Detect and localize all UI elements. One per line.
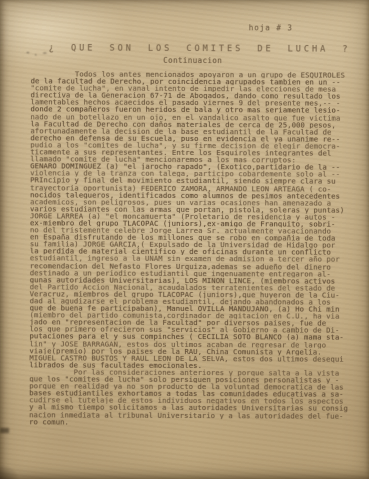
scanned-page: hoja # 3 ¿ QUE SON LOS COMITES DE LUCHA … bbox=[0, 0, 369, 479]
document-subtitle: Continuacion bbox=[31, 56, 355, 65]
typewritten-content: hoja # 3 ¿ QUE SON LOS COMITES DE LUCHA … bbox=[29, 23, 355, 426]
typewritten-line: ro comun. bbox=[29, 418, 353, 427]
corner-shadow bbox=[0, 459, 26, 479]
page-number-label: hoja # 3 bbox=[31, 23, 355, 32]
scan-edge-mark bbox=[0, 428, 9, 433]
document-body: Todos los antes mencionados apoyaron a u… bbox=[29, 70, 355, 426]
pencil-scribble-mark bbox=[24, 49, 50, 58]
document-title: ¿ QUE SON LOS COMITES DE LUCHA ? bbox=[31, 43, 355, 54]
